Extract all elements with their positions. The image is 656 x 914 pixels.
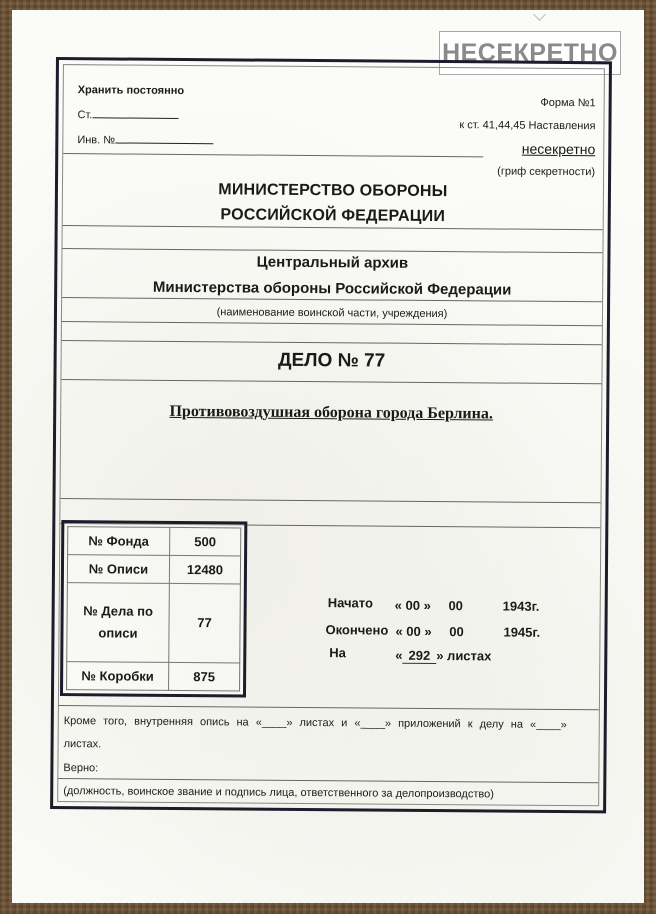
internal-inventory-note-cont: листах. <box>64 738 102 750</box>
case-title: ДЕЛО № 77 <box>62 348 602 374</box>
internal-inventory-note: Кроме того, внутренняя опись на «____» л… <box>64 715 591 731</box>
archive-caption: (наименование воинской части, учреждения… <box>62 305 602 321</box>
divider <box>61 379 601 384</box>
table-row: № Фонда 500 <box>68 527 241 556</box>
divider <box>63 153 483 157</box>
divider <box>61 498 601 503</box>
divider <box>62 340 602 345</box>
inventory-field: Инв. № <box>77 131 213 147</box>
paper-tear <box>533 8 546 21</box>
shelf-field: Ст. <box>77 106 178 122</box>
ministry-line-2: РОССИЙСКОЙ ФЕДЕРАЦИИ <box>63 205 603 227</box>
archive-line-2: Министерства обороны Российской Федераци… <box>62 278 602 299</box>
regulation-articles: к ст. 41,44,45 Наставления <box>459 119 595 132</box>
table-row: № Описи 12480 <box>67 555 240 584</box>
started-day: « 00 » <box>395 598 431 613</box>
signature-caption: (должность, воинское звание и подпись ли… <box>63 785 494 800</box>
box-label: № Коробки <box>67 662 169 691</box>
shelf-blank[interactable] <box>92 106 178 119</box>
form-number: Форма №1 <box>540 97 595 109</box>
table-row: № Дела по описи 77 <box>67 583 241 663</box>
classification-value: несекретно <box>522 141 596 158</box>
ministry-line-1: МИНИСТЕРСТВО ОБОРОНЫ <box>63 180 603 202</box>
sheets-suffix: » листах <box>436 648 491 663</box>
fond-label: № Фонда <box>68 527 170 556</box>
delo-value: 77 <box>169 583 241 662</box>
shelf-label: Ст. <box>77 109 92 121</box>
opis-label: № Описи <box>67 555 169 584</box>
archive-document-page: НЕСЕКРЕТНО Хранить постоянно Ст. Инв. № … <box>12 10 644 903</box>
opis-value: 12480 <box>169 555 240 584</box>
fond-value: 500 <box>170 527 241 556</box>
inventory-blank[interactable] <box>115 131 213 144</box>
form-inner-border: Хранить постоянно Ст. Инв. № Форма №1 к … <box>57 64 605 806</box>
started-year: 1943г. <box>503 599 540 614</box>
divider <box>58 778 598 783</box>
divider <box>59 705 599 710</box>
divider <box>62 321 602 326</box>
ended-month: 00 <box>449 624 464 639</box>
table-row: № Коробки 875 <box>67 662 240 691</box>
retention-label: Хранить постоянно <box>78 84 184 97</box>
case-cover-form: Хранить постоянно Ст. Инв. № Форма №1 к … <box>50 57 612 813</box>
archive-identifiers-box: № Фонда 500 № Описи 12480 № Дела по опис… <box>60 520 247 697</box>
identifiers-table: № Фонда 500 № Описи 12480 № Дела по опис… <box>66 526 241 691</box>
started-month: 00 <box>448 598 463 613</box>
started-label: Начато <box>328 595 373 610</box>
sheets-label: На <box>329 645 346 660</box>
sheets-count-field: «292» листах <box>395 648 491 664</box>
classification-caption: (гриф секретности) <box>497 165 595 178</box>
ended-year: 1945г. <box>503 625 540 640</box>
verified-label: Верно: <box>63 762 98 774</box>
ended-day: « 00 » <box>395 624 431 639</box>
delo-label: № Дела по описи <box>67 583 170 663</box>
archive-line-1: Центральный архив <box>62 252 602 273</box>
inventory-label: Инв. № <box>77 134 115 146</box>
case-subject: Противовоздушная оборона города Берлина. <box>61 402 601 424</box>
sheets-count: 292 <box>402 648 436 664</box>
box-value: 875 <box>169 662 240 691</box>
ended-label: Окончено <box>325 622 388 637</box>
